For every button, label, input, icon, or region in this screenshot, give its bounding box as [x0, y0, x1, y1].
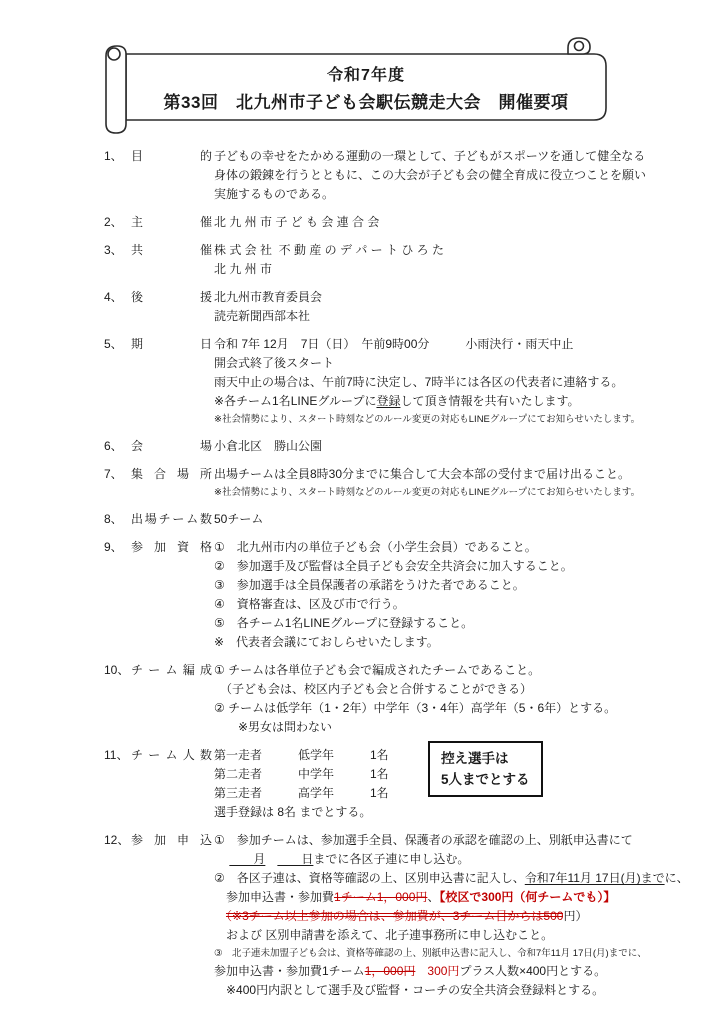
label-char: 所	[200, 465, 212, 484]
text-line: ② 各区子連は、資格等確認の上、区別申込書に記入し、令和7年11月 17日(月)…	[214, 869, 704, 888]
section-4: 4、後援北九州市教育委員会読売新聞西部本社	[104, 288, 704, 326]
section-6: 6、会場小倉北区 勝山公園	[104, 437, 704, 456]
text-line: （※3チーム以上参加の場合は、参加費が、3チーム目からは500円）	[214, 907, 704, 926]
section-number: 8、	[104, 510, 131, 529]
section-label: 2、主催	[104, 213, 212, 232]
text-segment: 選手登録は 8名 までとする。	[214, 805, 371, 819]
reserve-players-note-box: 控え選手は5人までとする	[428, 741, 543, 797]
text-segment-rs: 1，000円	[365, 964, 416, 978]
section-label: 1、目的	[104, 147, 212, 204]
label-char: 資	[177, 538, 189, 557]
text-line: および 区別申請書を添えて、北子連事務所に申し込むこと。	[214, 926, 704, 945]
section-2: 2、主催北 九 州 市 子 ど も 会 連 合 会	[104, 213, 704, 232]
text-line: ① 北九州市内の単位子ども会（小学生会員）であること。	[214, 538, 704, 557]
text-segment: ① 参加チームは、参加選手全員、保護者の承認を確認の上、別紙申込書にて	[214, 833, 633, 847]
section-label-text: チーム編成	[131, 661, 212, 680]
text-segment-redb: 【校区で300円（何チームでも）】	[439, 890, 615, 904]
text-segment: に、	[665, 871, 689, 885]
label-char: 日	[200, 335, 212, 354]
text-segment	[265, 852, 277, 866]
section-label: 10、チーム編成	[104, 661, 212, 737]
text-segment	[415, 964, 427, 978]
text-line: 読売新聞西部本社	[214, 307, 704, 326]
label-char: 参	[131, 831, 143, 850]
section-label: 11、チーム人数	[104, 746, 212, 822]
label-char: 出	[131, 510, 143, 529]
label-char: 目	[131, 147, 143, 166]
text-segment: ② 参加選手及び監督は全員子ども会安全共済会に加入すること。	[214, 559, 573, 573]
text-segment-u: 登録	[376, 394, 400, 408]
text-segment: 参加申込書・参加費1チーム	[214, 964, 365, 978]
text-segment: 小倉北区 勝山公園	[214, 439, 322, 453]
text-segment: ※各チーム1名LINEグループに	[214, 394, 376, 408]
text-segment: 参加申込書・参加費	[214, 890, 334, 904]
text-line: ① 参加チームは、参加選手全員、保護者の承認を確認の上、別紙申込書にて	[214, 831, 704, 850]
section-label: 9、参加資格	[104, 538, 212, 652]
text-line: ② チームは低学年（1・2年）中学年（3・4年）高学年（5・6年）とする。	[214, 699, 704, 718]
label-char: 参	[131, 538, 143, 557]
label-char: 合	[154, 465, 166, 484]
label-char: 援	[200, 288, 212, 307]
label-char: 主	[131, 213, 143, 232]
text-segment: ※400円内訳として選手及び監督・コーチの安全共済会登録料とする。	[214, 983, 604, 997]
text-line: ※各チーム1名LINEグループに登録して頂き情報を共有いたします。	[214, 392, 704, 411]
text-line: 参加申込書・参加費1チーム1，000円 300円プラス人数×400円とする。	[214, 962, 704, 981]
document-title: 令和7年度 第33回 北九州市子ども会駅伝競走大会 開催要項	[126, 54, 606, 120]
section-label-text: 後援	[131, 288, 212, 307]
section-content: 出場チームは全員8時30分までに集合して大会本部の受付まで届け出ること。※社会情…	[212, 465, 704, 501]
note-box-line: 控え選手は	[441, 748, 530, 769]
text-segment: ※男女は問わない	[214, 720, 332, 734]
section-8: 8、出場チーム数50チーム	[104, 510, 704, 529]
text-segment	[214, 909, 226, 923]
label-char: ム	[165, 661, 177, 680]
text-line: 選手登録は 8名 までとする。	[214, 803, 704, 822]
label-char: ー	[172, 510, 184, 529]
section-label: 5、期日	[104, 335, 212, 428]
label-char: 場	[145, 510, 157, 529]
text-segment: 、	[427, 890, 439, 904]
text-segment	[214, 852, 229, 866]
text-segment: ② チームは低学年（1・2年）中学年（3・4年）高学年（5・6年）とする。	[214, 701, 616, 715]
label-char: 編	[183, 661, 195, 680]
label-char: 催	[200, 213, 212, 232]
text-segment: 北 九 州 市	[214, 262, 272, 276]
text-line: 株 式 会 社 不 動 産 の デ パ ー ト ひ ろ た	[214, 241, 704, 260]
label-char: 格	[200, 538, 212, 557]
section-number: 3、	[104, 241, 131, 260]
text-segment: ① 北九州市内の単位子ども会（小学生会員）であること。	[214, 540, 537, 554]
text-segment: ※社会情勢により、スタート時刻などのルール変更の対応もLINEグループにてお知ら…	[214, 487, 640, 498]
text-line: ※社会情勢により、スタート時刻などのルール変更の対応もLINEグループにてお知ら…	[214, 411, 704, 428]
label-char: 催	[200, 241, 212, 260]
text-segment: 北九州市教育委員会	[214, 290, 322, 304]
label-char: チ	[131, 661, 143, 680]
scroll-banner: 令和7年度 第33回 北九州市子ども会駅伝競走大会 開催要項	[100, 36, 622, 136]
text-line: ② 参加選手及び監督は全員子ども会安全共済会に加入すること。	[214, 557, 704, 576]
text-segment: して頂き情報を共有いたします。	[400, 394, 579, 408]
section-number: 6、	[104, 437, 131, 456]
text-segment: 第一走者 低学年 1名	[214, 748, 389, 762]
text-line: 月 日までに各区子連に申し込む。	[214, 850, 704, 869]
text-segment: ⑤ 各チーム1名LINEグループに登録すること。	[214, 616, 473, 630]
label-char: チ	[159, 510, 171, 529]
text-line: ※社会情勢により、スタート時刻などのルール変更の対応もLINEグループにてお知ら…	[214, 484, 704, 501]
section-5: 5、期日令和 7年 12月 7日（日） 午前9時00分 小雨決行・雨天中止開会式…	[104, 335, 704, 428]
text-line: 令和 7年 12月 7日（日） 午前9時00分 小雨決行・雨天中止	[214, 335, 704, 354]
text-line: ⑤ 各チーム1名LINEグループに登録すること。	[214, 614, 704, 633]
text-segment: ※ 代表者会議にておしらせいたします。	[214, 635, 439, 649]
text-segment: 50チーム	[214, 512, 263, 526]
text-segment: 開会式終了後スタート	[214, 356, 334, 370]
label-char: 場	[200, 437, 212, 456]
label-char: 後	[131, 288, 143, 307]
label-char: 場	[177, 465, 189, 484]
text-segment: ① チームは各単位子ども会で編成されたチームであること。	[214, 663, 540, 677]
label-char: ム	[165, 746, 177, 765]
section-number: 11、	[104, 746, 131, 765]
section-content: 小倉北区 勝山公園	[212, 437, 704, 456]
text-segment: 第二走者 中学年 1名	[214, 767, 389, 781]
text-segment-rs: 1チーム1，000円	[334, 890, 427, 904]
text-line: ④ 資格審査は、区及び市で行う。	[214, 595, 704, 614]
text-line: 雨天中止の場合は、午前7時に決定し、7時半には各区の代表者に連絡する。	[214, 373, 704, 392]
section-label-text: 参加申込	[131, 831, 212, 850]
section-number: 4、	[104, 288, 131, 307]
section-content: 北九州市教育委員会読売新聞西部本社	[212, 288, 704, 326]
text-line: 子どもの幸せをたかめる運動の一環として、子どもがスポーツを通して健全なる	[214, 147, 704, 166]
section-content: 北 九 州 市 子 ど も 会 連 合 会	[212, 213, 704, 232]
text-segment-rs2: （※3チーム以上参加の場合は、参加費が、3チーム目からは500	[226, 909, 563, 923]
text-segment: ※社会情勢により、スタート時刻などのルール変更の対応もLINEグループにてお知ら…	[214, 414, 640, 425]
section-content: 令和 7年 12月 7日（日） 午前9時00分 小雨決行・雨天中止開会式終了後ス…	[212, 335, 704, 428]
text-segment: までに各区子連に申し込む。	[313, 852, 469, 866]
section-label: 7、集合場所	[104, 465, 212, 501]
label-char: 人	[183, 746, 195, 765]
text-segment: 北 九 州 市 子 ど も 会 連 合 会	[214, 215, 379, 229]
label-char: 期	[131, 335, 143, 354]
section-label: 4、後援	[104, 288, 212, 326]
text-segment: 雨天中止の場合は、午前7時に決定し、7時半には各区の代表者に連絡する。	[214, 375, 623, 389]
text-segment: ③ 参加選手は全員保護者の承諾をうけた者であること。	[214, 578, 525, 592]
section-number: 5、	[104, 335, 131, 354]
label-char: チ	[131, 746, 143, 765]
label-char: 会	[131, 437, 143, 456]
label-char: ー	[148, 746, 160, 765]
section-label: 3、共催	[104, 241, 212, 279]
text-segment: 出場チームは全員8時30分までに集合して大会本部の受付まで届け出ること。	[214, 467, 630, 481]
section-11: 11、チーム人数第一走者 低学年 1名第二走者 中学年 1名第三走者 高学年 1…	[104, 746, 704, 822]
section-label-text: 目的	[131, 147, 212, 166]
text-segment-red: 300円	[427, 964, 459, 978]
label-char: 数	[200, 510, 212, 529]
section-label-text: 集合場所	[131, 465, 212, 484]
text-line: 50チーム	[214, 510, 704, 529]
section-content: ① チームは各単位子ども会で編成されたチームであること。 （子ども会は、校区内子…	[212, 661, 704, 737]
section-label-text: 共催	[131, 241, 212, 260]
section-10: 10、チーム編成① チームは各単位子ども会で編成されたチームであること。 （子ど…	[104, 661, 704, 737]
text-line: 参加申込書・参加費1チーム1，000円、【校区で300円（何チームでも）】	[214, 888, 704, 907]
text-segment: ④ 資格審査は、区及び市で行う。	[214, 597, 405, 611]
label-char: ー	[148, 661, 160, 680]
section-content: ① 参加チームは、参加選手全員、保護者の承認を確認の上、別紙申込書にて 月 日ま…	[212, 831, 704, 1000]
section-label: 8、出場チーム数	[104, 510, 212, 529]
text-segment: 円）	[563, 909, 587, 923]
section-3: 3、共催株 式 会 社 不 動 産 の デ パ ー ト ひ ろ た北 九 州 市	[104, 241, 704, 279]
section-number: 1、	[104, 147, 131, 166]
text-segment: 令和 7年 12月 7日（日） 午前9時00分 小雨決行・雨天中止	[214, 337, 573, 351]
section-label: 6、会場	[104, 437, 212, 456]
text-segment: 第三走者 高学年 1名	[214, 786, 389, 800]
label-char: 集	[131, 465, 143, 484]
section-number: 9、	[104, 538, 131, 557]
text-line: 北 九 州 市 子 ど も 会 連 合 会	[214, 213, 704, 232]
title-event-name: 第33回 北九州市子ども会駅伝競走大会 開催要項	[164, 88, 569, 113]
section-label-text: 会場	[131, 437, 212, 456]
text-line: 身体の鍛錬を行うとともに、この大会が子ども会の健全育成に役立つことを願い	[214, 166, 704, 185]
text-line: ※男女は問わない	[214, 718, 704, 737]
section-content: ① 北九州市内の単位子ども会（小学生会員）であること。② 参加選手及び監督は全員…	[212, 538, 704, 652]
label-char: 込	[200, 831, 212, 850]
section-label-text: チーム人数	[131, 746, 212, 765]
section-content: 子どもの幸せをたかめる運動の一環として、子どもがスポーツを通して健全なる身体の鍛…	[212, 147, 704, 204]
label-char: 数	[200, 746, 212, 765]
section-label-text: 期日	[131, 335, 212, 354]
text-segment: プラス人数×400円とする。	[459, 964, 606, 978]
text-line: 開会式終了後スタート	[214, 354, 704, 373]
text-segment: 子どもの幸せをたかめる運動の一環として、子どもがスポーツを通して健全なる	[214, 149, 645, 163]
section-label: 12、参加申込	[104, 831, 212, 1000]
text-line: 実施するものである。	[214, 185, 704, 204]
text-segment: 実施するものである。	[214, 187, 334, 201]
text-line: （子ども会は、校区内子ども会と合併することができる）	[214, 680, 704, 699]
label-char: 的	[200, 147, 212, 166]
text-line: ③ 参加選手は全員保護者の承諾をうけた者であること。	[214, 576, 704, 595]
text-line: ※400円内訳として選手及び監督・コーチの安全共済会登録料とする。	[214, 981, 704, 1000]
text-segment-u: 月	[229, 852, 265, 866]
text-segment: 読売新聞西部本社	[214, 309, 310, 323]
section-9: 9、参加資格① 北九州市内の単位子ども会（小学生会員）であること。② 参加選手及…	[104, 538, 704, 652]
section-number: 7、	[104, 465, 131, 484]
text-line: 小倉北区 勝山公園	[214, 437, 704, 456]
label-char: 加	[154, 538, 166, 557]
text-line: ① チームは各単位子ども会で編成されたチームであること。	[214, 661, 704, 680]
text-segment-u: 令和7年11月 17日(月)まで	[525, 871, 665, 885]
label-char: 共	[131, 241, 143, 260]
text-segment: ③ 北子連未加盟子ども会は、資格等確認の上、別紙申込書に記入し、令和7年11月 …	[214, 948, 647, 959]
section-label-text: 出場チーム数	[131, 510, 212, 529]
text-segment-u: 日	[277, 852, 313, 866]
section-label-text: 参加資格	[131, 538, 212, 557]
section-12: 12、参加申込① 参加チームは、参加選手全員、保護者の承認を確認の上、別紙申込書…	[104, 831, 704, 1000]
section-7: 7、集合場所出場チームは全員8時30分までに集合して大会本部の受付まで届け出るこ…	[104, 465, 704, 501]
text-line: ③ 北子連未加盟子ども会は、資格等確認の上、別紙申込書に記入し、令和7年11月 …	[214, 945, 704, 962]
text-line: 北 九 州 市	[214, 260, 704, 279]
document-page: 令和7年度 第33回 北九州市子ども会駅伝競走大会 開催要項 1、目的子どもの幸…	[0, 0, 724, 1024]
title-fiscal-year: 令和7年度	[327, 62, 405, 85]
section-1: 1、目的子どもの幸せをたかめる運動の一環として、子どもがスポーツを通して健全なる…	[104, 147, 704, 204]
text-segment: （子ども会は、校区内子ども会と合併することができる）	[214, 682, 532, 696]
label-char: 加	[154, 831, 166, 850]
section-number: 12、	[104, 831, 131, 850]
section-content: 50チーム	[212, 510, 704, 529]
text-segment: ② 各区子連は、資格等確認の上、区別申込書に記入し、	[214, 871, 525, 885]
text-segment: 身体の鍛錬を行うとともに、この大会が子ども会の健全育成に役立つことを願い	[214, 168, 646, 182]
text-segment: 株 式 会 社 不 動 産 の デ パ ー ト ひ ろ た	[214, 243, 444, 257]
section-content: 第一走者 低学年 1名第二走者 中学年 1名第三走者 高学年 1名選手登録は 8…	[212, 746, 704, 822]
text-line: 北九州市教育委員会	[214, 288, 704, 307]
label-char: 申	[177, 831, 189, 850]
label-char: 成	[200, 661, 212, 680]
section-label-text: 主催	[131, 213, 212, 232]
text-segment: および 区別申請書を添えて、北子連事務所に申し込むこと。	[214, 928, 553, 942]
section-number: 10、	[104, 661, 131, 680]
note-box-line: 5人までとする	[441, 769, 530, 790]
text-line: ※ 代表者会議にておしらせいたします。	[214, 633, 704, 652]
section-content: 株 式 会 社 不 動 産 の デ パ ー ト ひ ろ た北 九 州 市	[212, 241, 704, 279]
section-number: 2、	[104, 213, 131, 232]
text-line: 出場チームは全員8時30分までに集合して大会本部の受付まで届け出ること。	[214, 465, 704, 484]
sections: 1、目的子どもの幸せをたかめる運動の一環として、子どもがスポーツを通して健全なる…	[104, 147, 704, 1000]
label-char: ム	[186, 510, 198, 529]
